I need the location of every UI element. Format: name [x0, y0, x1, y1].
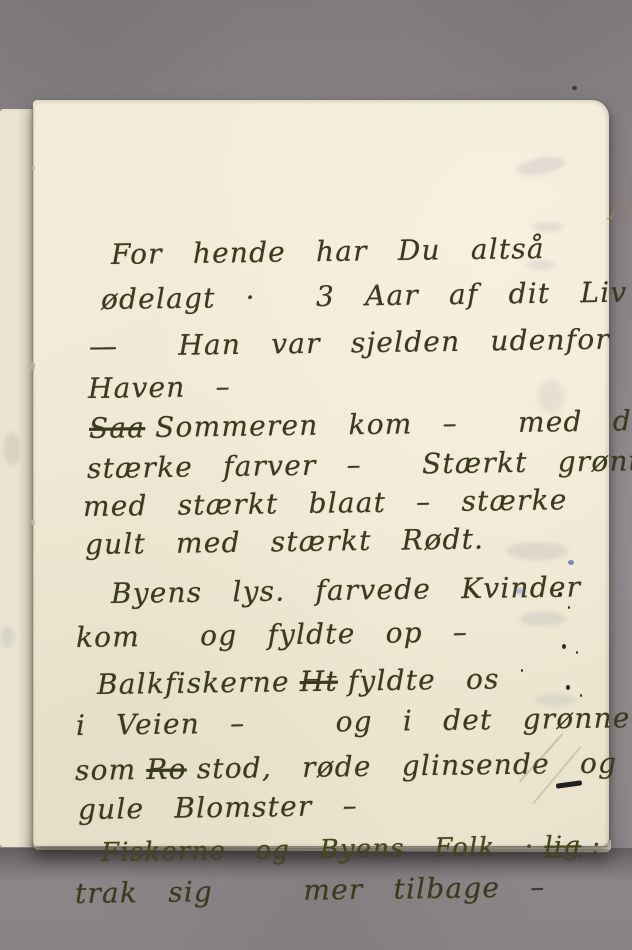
ghost-showthrough-mark: [520, 612, 566, 626]
crease-nick: [29, 362, 35, 370]
line-text: gult med stærkt Rødt.: [85, 522, 485, 561]
line-text: som: [75, 753, 137, 787]
page-number: 11.: [604, 200, 632, 224]
crease-nick: [32, 166, 35, 170]
ink-speck-cluster: [558, 592, 562, 597]
ghost-showthrough-mark: [532, 222, 564, 232]
crease-line: [31, 108, 35, 847]
line-text: kom og fyldte op –: [76, 616, 469, 654]
manuscript-line-9: Byens lys. farvede Kvinder: [111, 570, 582, 611]
manuscript-line-13: somRostod, røde glinsende og: [75, 746, 618, 788]
ghost-showthrough-mark: [526, 260, 556, 270]
line-text: Sommeren kom – med de: [155, 404, 632, 444]
paper-smudge: [4, 432, 20, 466]
ghost-showthrough-mark: [506, 542, 568, 560]
ghost-showthrough-mark: [534, 694, 576, 706]
underlying-page-edge: [0, 109, 33, 847]
line-text: ødelagt · 3 Aar af dit Liv –: [101, 275, 632, 316]
line-text: : (l: [591, 830, 632, 861]
manuscript-line-11: BalkfiskerneHtfyldte os: [97, 662, 500, 702]
manuscript-line-6: stærke farver – Stærkt grønt: [87, 444, 632, 486]
dark-speck-on-felt: [572, 86, 577, 90]
manuscript-line-10: kom og fyldte op –: [76, 616, 469, 655]
manuscript-line-2: ødelagt · 3 Aar af dit Liv –: [101, 275, 632, 317]
struck-text: Ht: [300, 665, 339, 699]
blue-ink-smudge: [514, 588, 525, 594]
manuscript-line-14: gule Blomster –: [78, 789, 358, 827]
notebook-page: 11. For hende har Du altså ødelagt · 3 A…: [33, 100, 609, 846]
manuscript-line-3: — Han var sjelden udenfor: [89, 323, 610, 364]
line-text: For hende har Du altså: [111, 232, 545, 271]
blue-ink-dot: [568, 560, 574, 565]
line-text: Haven –: [88, 370, 231, 405]
struck-text: Saa: [89, 411, 146, 445]
line-text: Fiskerne og Byens Folk ·: [101, 832, 535, 868]
line-text: fyldte os: [348, 662, 500, 697]
struck-underlined-text: lig: [544, 831, 581, 862]
line-text: — Han var sjelden udenfor: [89, 323, 610, 363]
notebook-photo: 11. For hende har Du altså ødelagt · 3 A…: [0, 0, 632, 950]
manuscript-line-12: i Veien – og i det grønne: [76, 701, 631, 743]
manuscript-line-4: Haven –: [88, 370, 231, 406]
manuscript-line-1: For hende har Du altså: [111, 232, 545, 272]
line-text: i Veien – og i det grønne: [76, 701, 631, 742]
ghost-showthrough-mark: [538, 380, 564, 414]
line-text: trak sig mer tilbage –: [75, 870, 546, 910]
paper-smudge: [2, 626, 14, 648]
manuscript-line-7: med stærkt blaat – stærke: [83, 483, 568, 524]
line-text: med stærkt blaat – stærke: [83, 483, 568, 523]
line-text: stærke farver – Stærkt grønt: [87, 444, 632, 485]
manuscript-line-8: gult med stærkt Rødt.: [85, 522, 485, 562]
manuscript-line-16: trak sig mer tilbage –: [75, 870, 546, 911]
line-text: Balkfiskerne: [97, 665, 290, 701]
struck-text: Ro: [146, 752, 187, 786]
line-text: gule Blomster –: [78, 789, 358, 826]
line-text: Byens lys. farvede Kvinder: [111, 570, 582, 610]
crease-nick: [31, 520, 35, 525]
